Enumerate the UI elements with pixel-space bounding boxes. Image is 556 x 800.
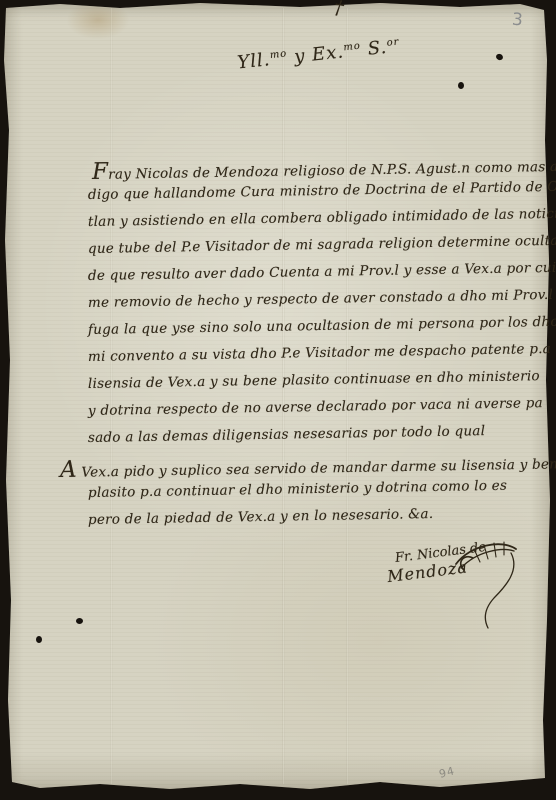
ink-blot	[458, 82, 464, 89]
ink-blot	[76, 618, 83, 624]
scanned-document: † 3 Yll.mo y Ex.mo S.or Fray Nicolas de …	[0, 0, 556, 800]
folio-number: 3	[511, 10, 523, 31]
ink-blot	[36, 636, 42, 643]
signature-rubric-flourish	[452, 538, 526, 634]
